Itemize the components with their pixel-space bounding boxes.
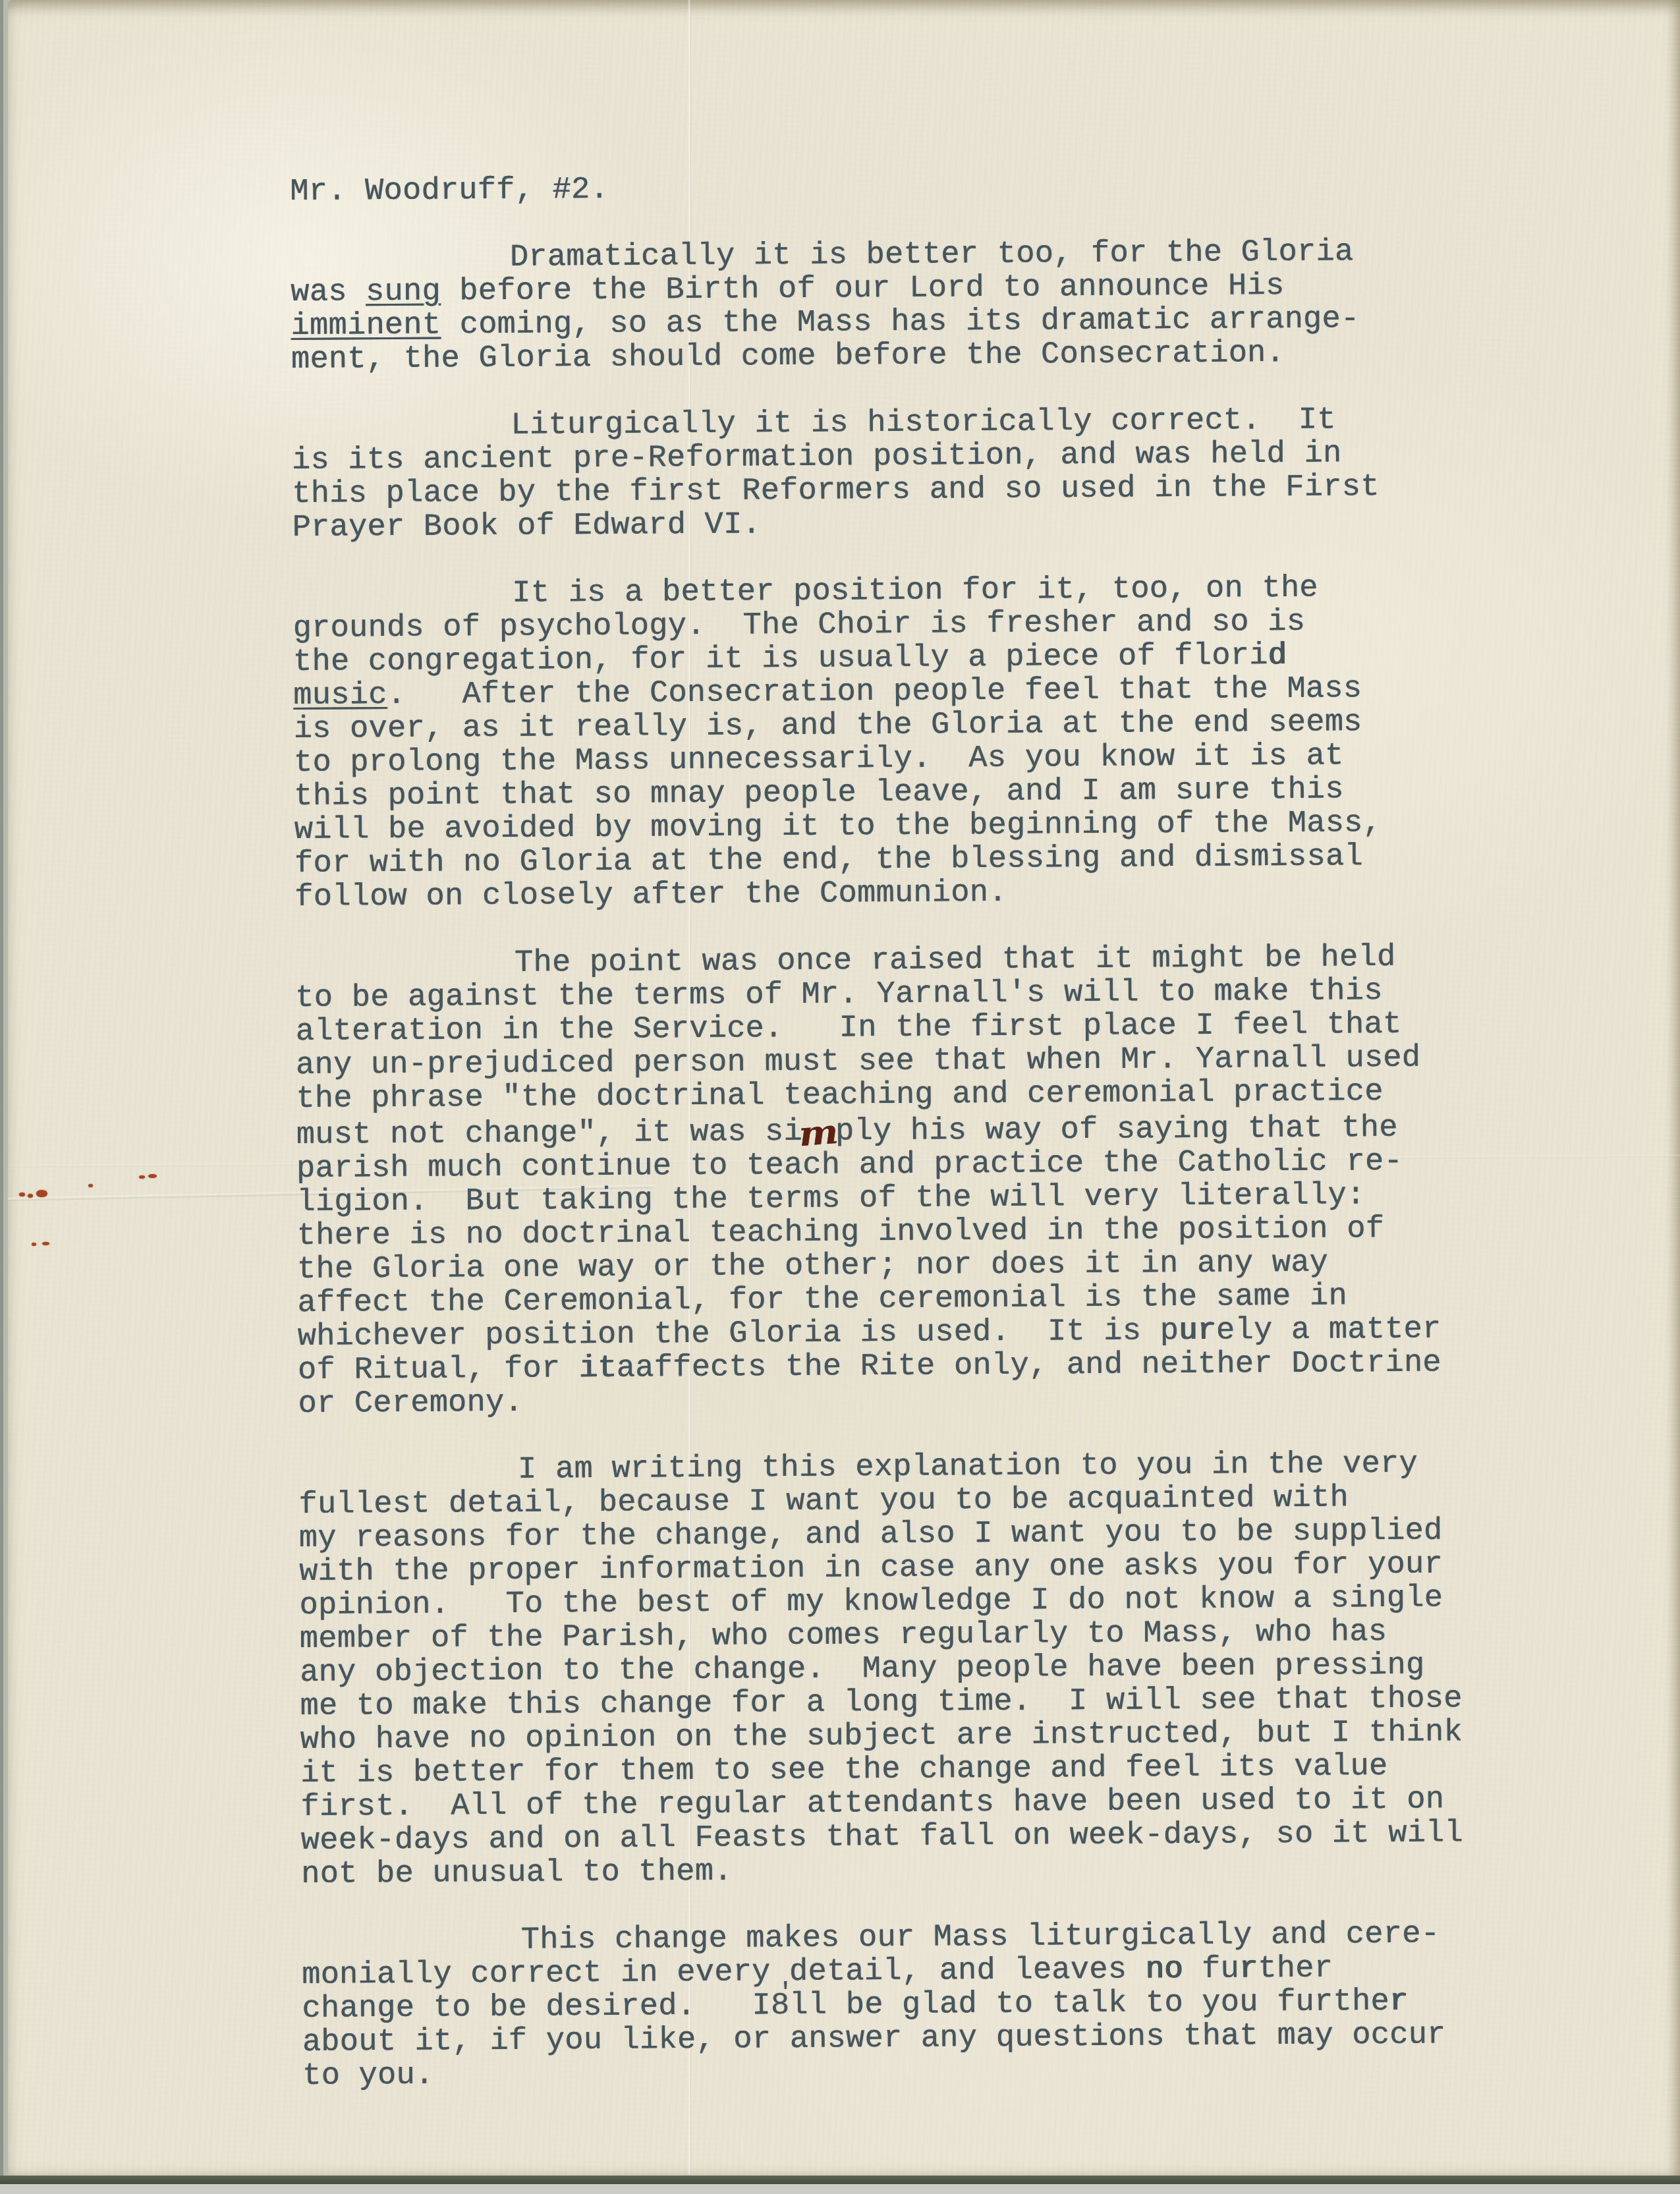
letter-line: Dramatically it is better too, for the G… [291,235,1503,276]
letter-line: ment, the Gloria should come before the … [291,335,1503,377]
rust-speck [148,1174,157,1178]
scanner-edge-left [0,0,3,2194]
letter-line: imminent coming, so as the Mass has its … [291,302,1503,343]
rust-speck [28,1194,33,1198]
letter-paragraph: The point was once raised that it might … [295,940,1511,1421]
letter-paragraph: This change makes our Mass liturgically … [302,1917,1515,2093]
letter-line: follow on closely after the Communion. [294,873,1507,914]
scanned-letter-page: Mr. Woodruff, #2. Dramatically it is bet… [0,0,1680,2194]
scanner-edge-bottom-light [0,2184,1680,2194]
rust-speck [36,1190,47,1197]
letter-line: of Ritual, for itaaffects the Rite only,… [298,1346,1510,1388]
letter-line: about it, if you like, or answer any que… [302,2018,1515,2060]
letter-line: for with no Gloria at the end, the bless… [294,839,1507,881]
letter-text: Mr. Woodruff, #2. Dramatically it is bet… [290,167,1515,2093]
letter-line: not be unusual to them. [301,1850,1513,1892]
rust-speck [42,1242,49,1245]
letter-line: Prayer Book of Edward VI. [292,503,1504,545]
rust-speck [19,1193,25,1196]
letter-paragraph: Liturgically it is historically correct.… [291,403,1504,545]
scanner-edge-bottom-dark [0,2176,1680,2184]
handwritten-m-correction: m [798,1113,840,1152]
letter-line: this place by the first Reformers and so… [292,470,1504,511]
letter-line: or Ceremony. [298,1380,1510,1421]
letter-paragraph: Dramatically it is better too, for the G… [291,235,1503,377]
rust-speck [139,1175,145,1179]
rust-speck [32,1243,36,1246]
letter-heading: Mr. Woodruff, #2. [290,167,1502,209]
rust-speck [88,1184,93,1187]
letter-paragraph: It is a better position for it, too, on … [293,571,1507,914]
letter-line: week-days and on all Feasts that fall on… [301,1816,1513,1858]
letter-paragraph: I am writing this explanation to you in … [298,1447,1513,1892]
letter-body: Dramatically it is better too, for the G… [291,235,1515,2093]
